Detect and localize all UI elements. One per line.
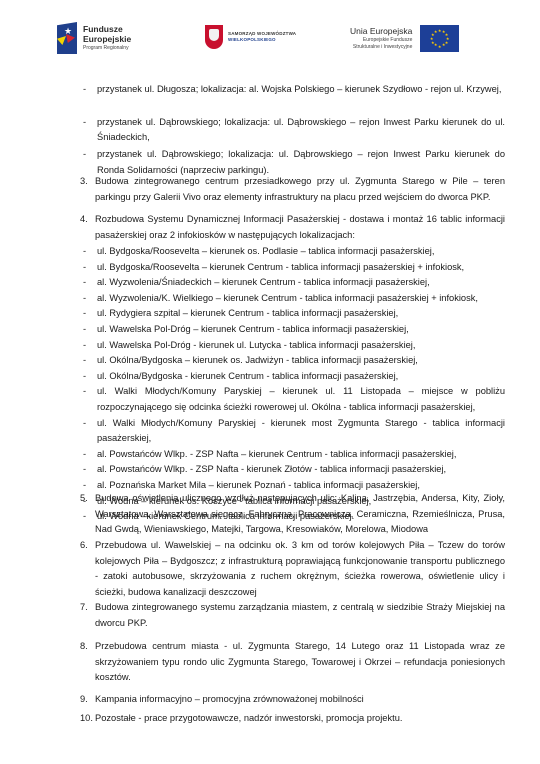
item-text: Rozbudowa Systemu Dynamicznej Informacji… bbox=[95, 212, 505, 243]
item-text: Budowa zintegrowanego systemu zarządzani… bbox=[95, 600, 505, 631]
fundusze-europejskie-icon: ★ bbox=[57, 22, 77, 54]
logo-text: Strukturalne i Inwestycyjne bbox=[350, 44, 412, 51]
list-item-text: al. Powstańców Wlkp. - ZSP Nafta - kieru… bbox=[97, 462, 505, 478]
eu-flag-icon: ★★★★★★★★★★★★ bbox=[420, 25, 459, 52]
bullet-marker: - bbox=[83, 82, 91, 98]
item-number: 10. bbox=[80, 711, 94, 727]
bullet-marker: - bbox=[83, 447, 91, 463]
bullet-marker: - bbox=[83, 115, 91, 131]
bullet-marker: - bbox=[83, 306, 91, 322]
logo-text: Unia Europejska bbox=[350, 26, 412, 37]
item-text: Pozostałe - prace przygotowawcze, nadzór… bbox=[95, 711, 505, 727]
logo-text: Europejskie Fundusze bbox=[350, 37, 412, 44]
bullet-marker: - bbox=[83, 338, 91, 354]
bullet-marker: - bbox=[83, 353, 91, 369]
list-item-text: ul. Wawelska Pol-Dróg - kierunek ul. Lut… bbox=[97, 338, 505, 354]
logo-text: Program Regionalny bbox=[83, 44, 131, 52]
bullet-marker: - bbox=[83, 462, 91, 478]
list-item-text: ul. Bydgoska/Roosevelta – kierunek os. P… bbox=[97, 244, 505, 260]
item-number: 5. bbox=[80, 491, 94, 507]
coat-of-arms-icon bbox=[205, 25, 223, 49]
item-text: Przebudowa ul. Wawelskiej – na odcinku o… bbox=[95, 538, 505, 600]
list-item-text: ul. Walki Młodych/Komuny Paryskiej – kie… bbox=[97, 384, 505, 415]
logo-text: Europejskie bbox=[83, 34, 131, 44]
list-item-text: ul. Wawelska Pol-Dróg – kierunek Centrum… bbox=[97, 322, 505, 338]
list-item-text: ul. Bydgoska/Roosevelta – kierunek Centr… bbox=[97, 260, 505, 276]
bullet-marker: - bbox=[83, 147, 91, 163]
item-number: 8. bbox=[80, 639, 94, 655]
bullet-marker: - bbox=[83, 275, 91, 291]
bullet-marker: - bbox=[83, 416, 91, 432]
list-item-text: przystanek ul. Długosza; lokalizacja: al… bbox=[97, 82, 505, 98]
list-item-text: ul. Okólna/Bydgoska – kierunek os. Jadwi… bbox=[97, 353, 505, 369]
item-number: 4. bbox=[80, 212, 94, 228]
list-item-text: przystanek ul. Dąbrowskiego; lokalizacja… bbox=[97, 115, 505, 146]
logo-text: Fundusze bbox=[83, 24, 131, 34]
item-text: Przebudowa centrum miasta - ul. Zygmunta… bbox=[95, 639, 505, 686]
item-number: 7. bbox=[80, 600, 94, 616]
logo-text: WIELKOPOLSKIEGO bbox=[228, 37, 296, 43]
item-number: 9. bbox=[80, 692, 94, 708]
bullet-marker: - bbox=[83, 384, 91, 400]
list-item-text: al. Wyzwolenia/Śniadeckich – kierunek Ce… bbox=[97, 275, 505, 291]
item-number: 6. bbox=[80, 538, 94, 554]
samorzad-wojewodztwa-logo: SAMORZĄD WOJEWÓDZTWA WIELKOPOLSKIEGO bbox=[205, 25, 296, 49]
item-text: Kampania informacyjno – promocyjna zrówn… bbox=[95, 692, 505, 708]
list-item-text: ul. Rydygiera szpital – kierunek Centrum… bbox=[97, 306, 505, 322]
item-text: Budowa zintegrowanego centrum przesiadko… bbox=[95, 174, 505, 205]
bullet-marker: - bbox=[83, 509, 91, 525]
page-header: ★ Fundusze Europejskie Program Regionaln… bbox=[0, 0, 540, 70]
list-item-text: al. Powstańców Wlkp. - ZSP Nafta – kieru… bbox=[97, 447, 505, 463]
bullet-marker: - bbox=[83, 260, 91, 276]
bullet-marker: - bbox=[83, 244, 91, 260]
fundusze-europejskie-logo: ★ Fundusze Europejskie Program Regionaln… bbox=[57, 22, 131, 54]
unia-europejska-logo: Unia Europejska Europejskie Fundusze Str… bbox=[350, 25, 459, 52]
item-number: 3. bbox=[80, 174, 94, 190]
list-item-text: ul. Walki Młodych/Komuny Paryskiej - kie… bbox=[97, 416, 505, 447]
list-item-text: ul. Okólna/Bydgoska - kierunek Centrum -… bbox=[97, 369, 505, 385]
bullet-marker: - bbox=[83, 291, 91, 307]
bullet-marker: - bbox=[83, 369, 91, 385]
bullet-marker: - bbox=[83, 322, 91, 338]
list-item-text: al. Wyzwolenia/K. Wielkiego – kierunek C… bbox=[97, 291, 505, 307]
item-text: Budowa oświetlenia ulicznego wzdłuż nast… bbox=[95, 491, 505, 538]
